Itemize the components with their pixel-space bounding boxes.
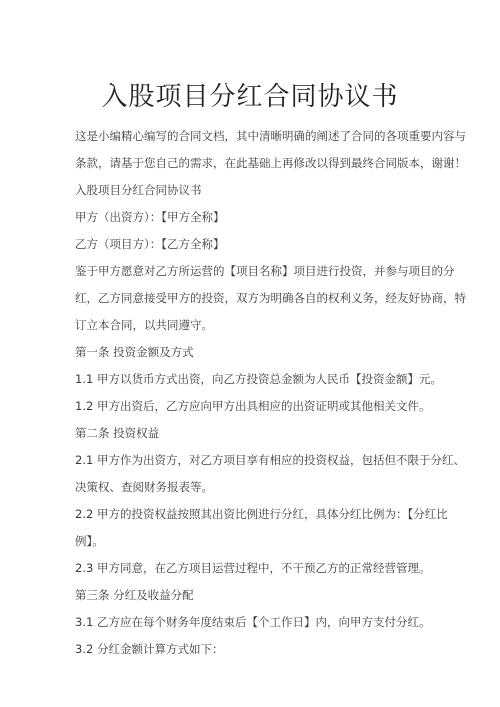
clause-2-1-line-2: 决策权、查阅财务报表等。: [75, 474, 430, 501]
intro-line-1: 这是小编精心编写的合同文档，其中清晰明确的阐述了合同的各项重要内容与: [75, 123, 430, 150]
document-body: 这是小编精心编写的合同文档，其中清晰明确的阐述了合同的各项重要内容与 条款，请基…: [75, 123, 430, 663]
article-2-heading: 第二条 投资权益: [75, 420, 430, 447]
clause-3-1: 3.1 乙方应在每个财务年度结束后【个工作日】内，向甲方支付分红。: [75, 609, 430, 636]
article-3-heading: 第三条 分红及收益分配: [75, 582, 430, 609]
document-title: 入股项目分红合同协议书: [0, 80, 500, 114]
subtitle: 入股项目分红合同协议书: [75, 177, 430, 204]
clause-1-1: 1.1 甲方以货币方式出资，向乙方投资总金额为人民币【投资金额】元。: [75, 366, 430, 393]
preamble-line-3: 订立本合同，以共同遵守。: [75, 312, 430, 339]
party-b: 乙方（项目方）：【乙方全称】: [75, 231, 430, 258]
article-1-heading: 第一条 投资金额及方式: [75, 339, 430, 366]
intro-line-2: 条款，请基于您自己的需求，在此基础上再修改以得到最终合同版本，谢谢！: [75, 150, 430, 177]
clause-2-2-line-2: 例】。: [75, 528, 430, 555]
clause-3-2: 3.2 分红金额计算方式如下：: [75, 636, 430, 663]
clause-2-3: 2.3 甲方同意，在乙方项目运营过程中，不干预乙方的正常经营管理。: [75, 555, 430, 582]
preamble-line-1: 鉴于甲方愿意对乙方所运营的【项目名称】项目进行投资，并参与项目的分: [75, 258, 430, 285]
party-a: 甲方（出资方）：【甲方全称】: [75, 204, 430, 231]
clause-1-2: 1.2 甲方出资后，乙方应向甲方出具相应的出资证明或其他相关文件。: [75, 393, 430, 420]
preamble-line-2: 红，乙方同意接受甲方的投资，双方为明确各自的权利义务，经友好协商，特: [75, 285, 430, 312]
clause-2-2-line-1: 2.2 甲方的投资权益按照其出资比例进行分红，具体分红比例为：【分红比: [75, 501, 430, 528]
clause-2-1-line-1: 2.1 甲方作为出资方，对乙方项目享有相应的投资权益，包括但不限于分红、: [75, 447, 430, 474]
